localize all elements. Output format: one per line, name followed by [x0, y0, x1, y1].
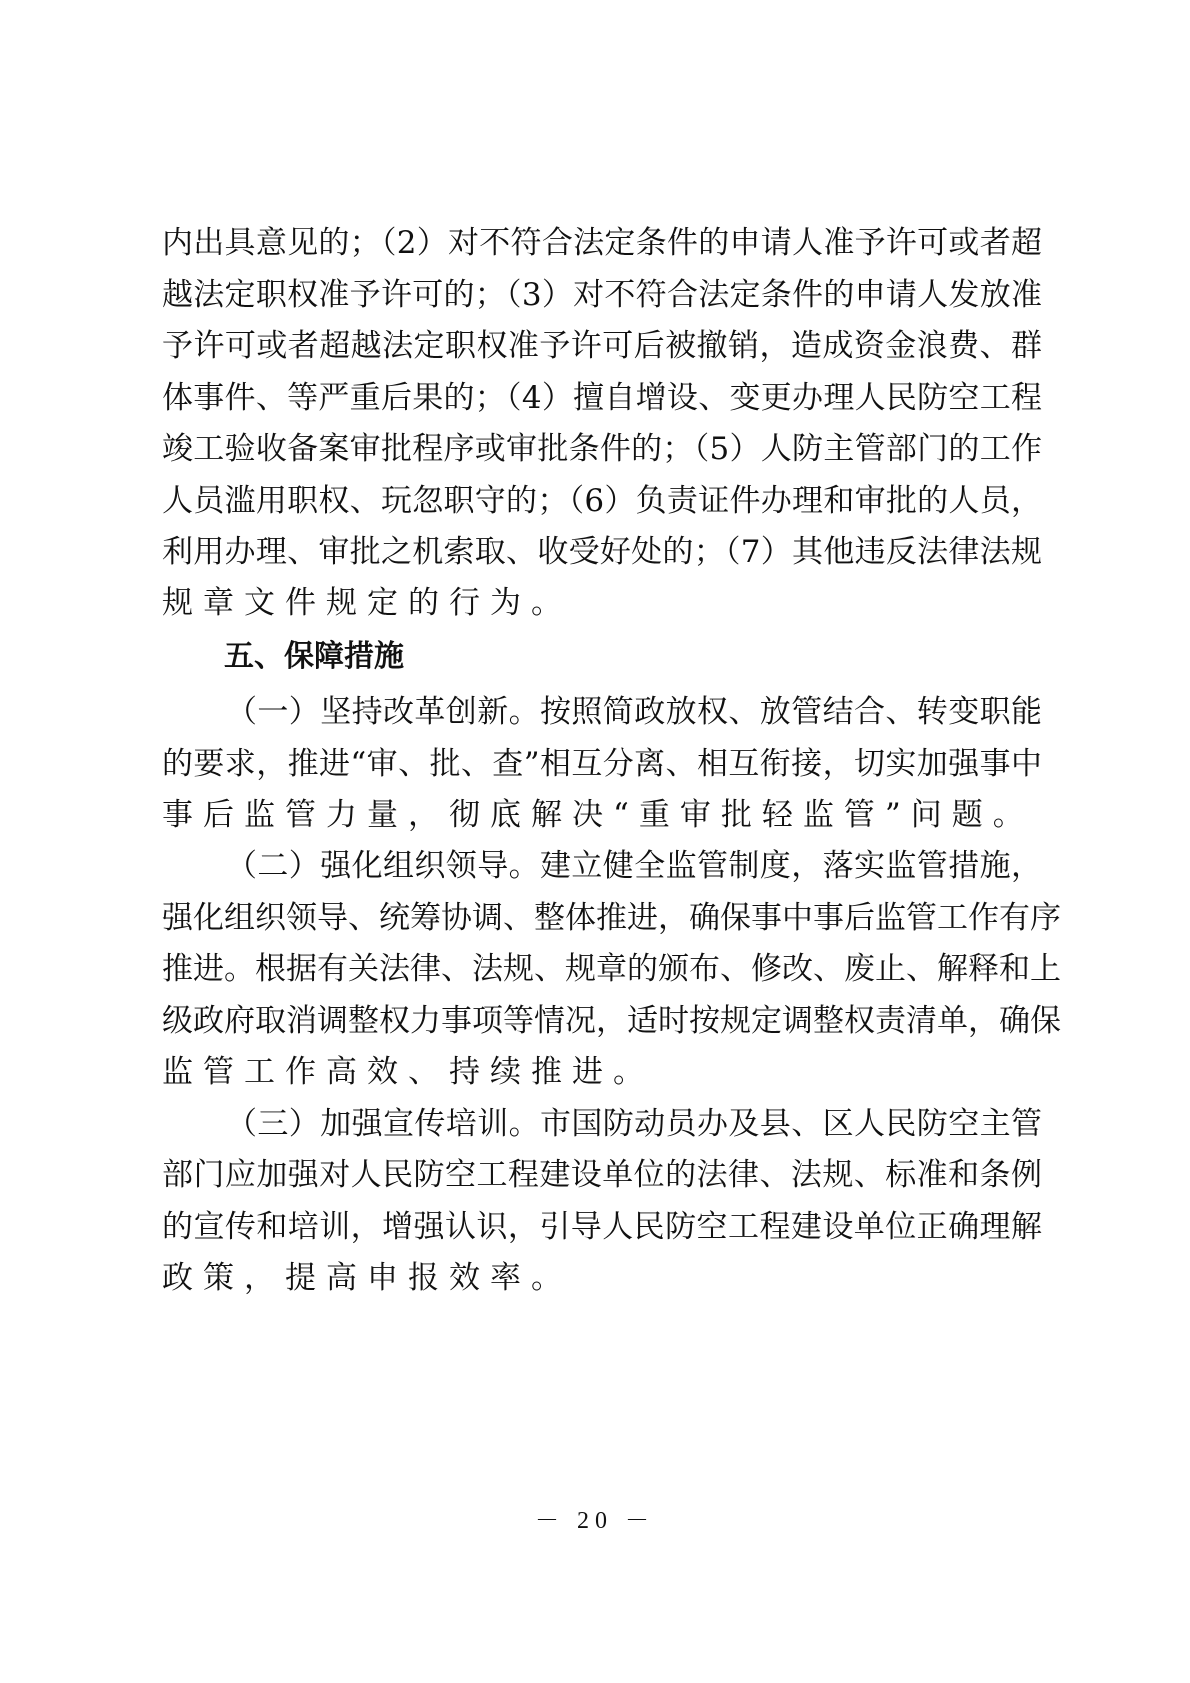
text-line: （三）加强宣传培训。市国防动员办及县、区人民防空主管: [226, 1098, 1042, 1150]
text-line: 级政府取消调整权力事项等情况，适时按规定调整权责清单，确保: [162, 995, 1042, 1047]
text-line: 的宣传和培训，增强认识，引导人民防空工程建设单位正确理解: [162, 1201, 1042, 1253]
text-line: （一）坚持改革创新。按照简政放权、放管结合、转变职能: [226, 686, 1042, 738]
text-line: 体事件、等严重后果的；（4）擅自增设、变更办理人民防空工程: [162, 372, 1042, 424]
section-heading: 五、保障措施: [224, 631, 404, 683]
text-line: 政策，提高申报效率。: [162, 1252, 1042, 1304]
text-line: 规章文件规定的行为。: [162, 577, 1042, 629]
text-line: 竣工验收备案审批程序或审批条件的；（5）人防主管部门的工作: [162, 423, 1042, 475]
text-line: 部门应加强对人民防空工程建设单位的法律、法规、标准和条例: [162, 1149, 1042, 1201]
text-line: 利用办理、审批之机索取、收受好处的；（7）其他违反法律法规: [162, 526, 1042, 578]
text-line: 事后监管力量，彻底解决“重审批轻监管”问题。: [162, 789, 1042, 841]
text-line: 内出具意见的；（2）对不符合法定条件的申请人准予许可或者超: [162, 217, 1042, 269]
document-page: 内出具意见的；（2）对不符合法定条件的申请人准予许可或者超 越法定职权准予许可的…: [0, 0, 1190, 1683]
text-line: 的要求，推进“审、批、查”相互分离、相互衔接，切实加强事中: [162, 738, 1042, 790]
page-number: － 20 －: [0, 1500, 1190, 1535]
text-line: （二）强化组织领导。建立健全监管制度，落实监管措施，: [226, 840, 1042, 892]
text-line: 推进。根据有关法律、法规、规章的颁布、修改、废止、解释和上: [162, 943, 1042, 995]
text-line: 强化组织领导、统筹协调、整体推进，确保事中事后监管工作有序: [162, 892, 1042, 944]
text-line: 人员滥用职权、玩忽职守的；（6）负责证件办理和审批的人员，: [162, 475, 1042, 527]
text-line: 监管工作高效、持续推进。: [162, 1046, 1042, 1098]
text-line: 越法定职权准予许可的；（3）对不符合法定条件的申请人发放准: [162, 269, 1042, 321]
text-line: 予许可或者超越法定职权准予许可后被撤销，造成资金浪费、群: [162, 320, 1042, 372]
